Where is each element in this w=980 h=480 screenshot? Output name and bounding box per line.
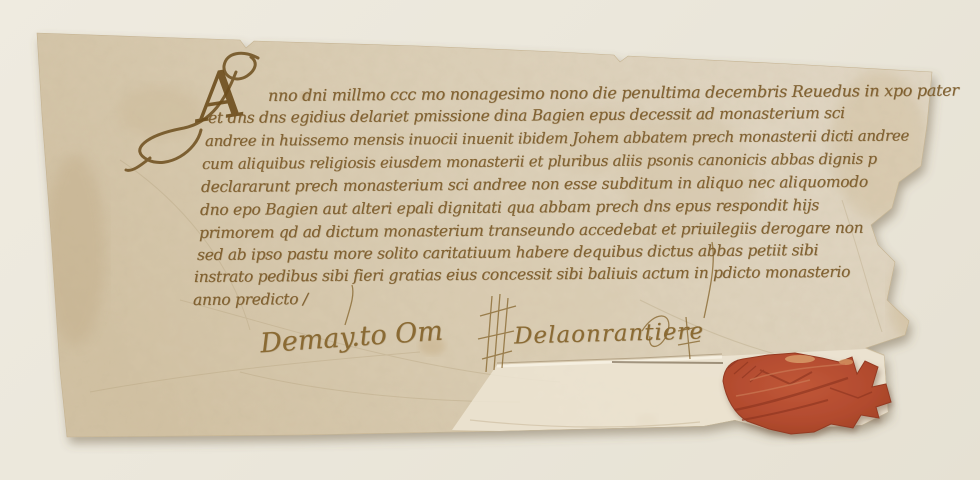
seal-worn-patch <box>785 355 815 363</box>
signature-right: Delaonrantiere <box>514 319 705 350</box>
manuscript-photo-svg: A <box>0 0 980 480</box>
stain <box>890 255 940 345</box>
stain <box>118 86 202 138</box>
photo-canvas: A <box>0 0 980 480</box>
manuscript-line: anno predicto / <box>193 290 308 309</box>
stain <box>45 155 105 345</box>
fold-slit <box>612 362 723 363</box>
